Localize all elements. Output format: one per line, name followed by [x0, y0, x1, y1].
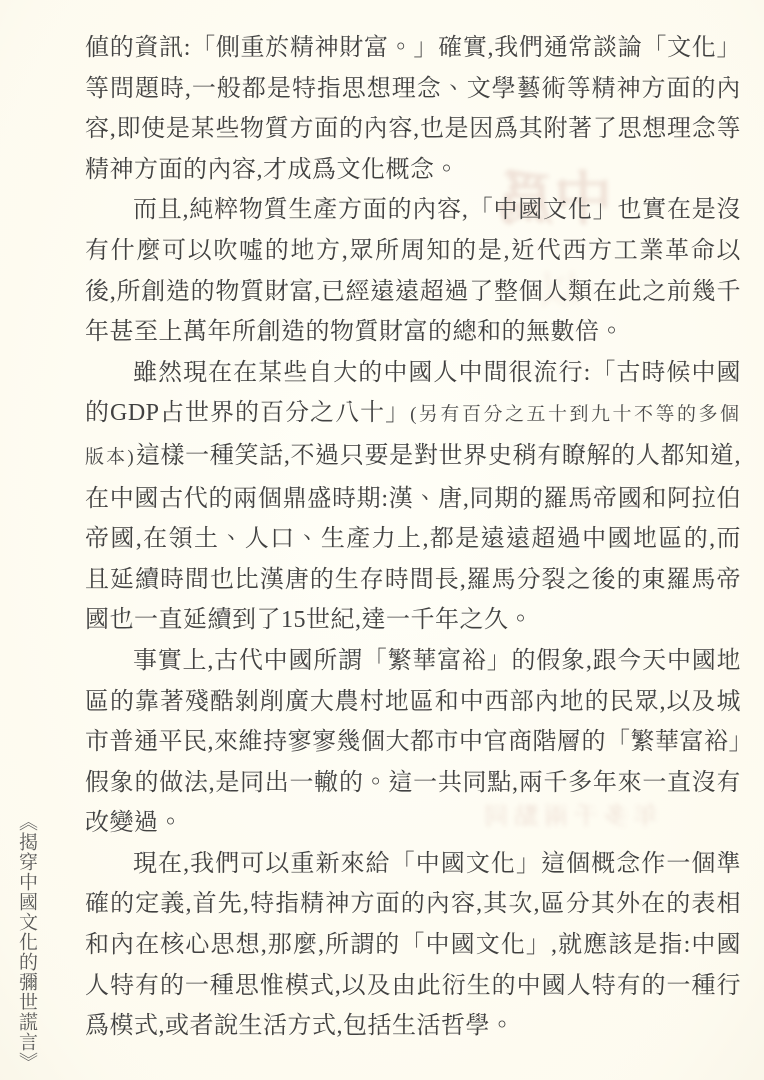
text-segment: 値的資訊:「側重於精神財富。」確實,我們通常談論「文化」等問題時,一般都是特指思…: [85, 35, 741, 183]
paragraph: 現在,我們可以重新來給「中國文化」這個概念作一個準確的定義,首先,特指精神方面的…: [85, 844, 741, 1047]
text-segment: 而且,純粹物質生產方面的內容,「中國文化」也實在是沒有什麼可以吹噓的地方,眾所周…: [85, 197, 741, 345]
paragraph: 而且,純粹物質生產方面的內容,「中國文化」也實在是沒有什麼可以吹噓的地方,眾所周…: [85, 190, 741, 352]
page-body-text: 値的資訊:「側重於精神財富。」確實,我們通常談論「文化」等問題時,一般都是特指思…: [85, 28, 741, 1047]
text-segment: 現在,我們可以重新來給「中國文化」這個概念作一個準確的定義,首先,特指精神方面的…: [85, 851, 741, 1039]
paragraph: 雖然現在在某些自大的中國人中間很流行:「古時候中國的GDP占世界的百分之八十」(…: [85, 353, 741, 641]
text-segment: 這樣一種笑話,不過只要是對世界史稍有瞭解的人都知道,在中國古代的兩個鼎盛時期:漢…: [85, 443, 741, 633]
spine-book-title: 《揭穿中國文化的彌世謊言》: [13, 812, 40, 1072]
text-segment: 事實上,古代中國所謂「繁華富裕」的假象,跟今天中國地區的靠著殘酷剝削廣大農村地區…: [85, 648, 741, 836]
paragraph: 値的資訊:「側重於精神財富。」確實,我們通常談論「文化」等問題時,一般都是特指思…: [85, 28, 741, 190]
paragraph: 事實上,古代中國所謂「繁華富裕」的假象,跟今天中國地區的靠著殘酷剝削廣大農村地區…: [85, 641, 741, 844]
